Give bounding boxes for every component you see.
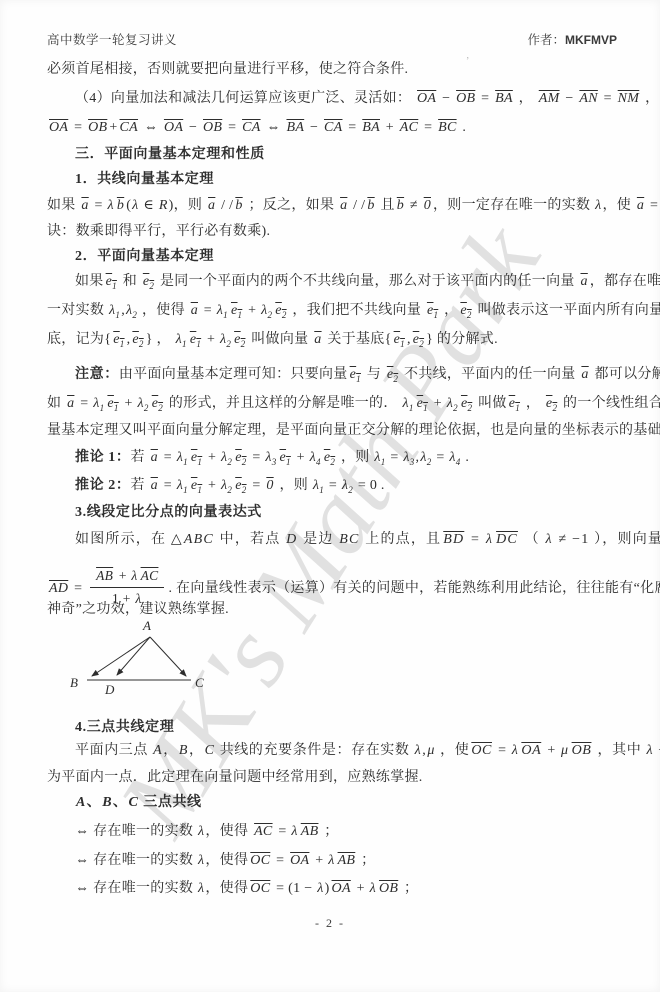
- vector-symbol: e2: [233, 332, 246, 347]
- vector-symbol: AB: [95, 568, 114, 583]
- math-variable: λ: [107, 198, 115, 213]
- vector-symbol: BA: [361, 120, 381, 135]
- math-variable: λ2: [220, 450, 233, 465]
- math-variable: λ2: [125, 303, 138, 318]
- math-variable: λ2: [260, 303, 273, 318]
- math-variable: λ: [197, 853, 205, 868]
- vector-symbol: 0: [265, 478, 274, 493]
- bold-text: 注意：: [75, 367, 119, 382]
- diagram-label-d: D: [104, 682, 115, 697]
- vector-symbol: AC: [140, 568, 160, 583]
- math-variable: λ: [327, 853, 335, 868]
- vector-symbol: e1: [349, 367, 362, 382]
- math-variable: λ1: [108, 303, 121, 318]
- vector-symbol: NM: [617, 91, 641, 106]
- author-name: MKFMVP: [565, 33, 617, 47]
- heading-line: 4.三点共线定理: [75, 718, 174, 738]
- math-variable: λ1: [175, 332, 188, 347]
- text-line: 一对实数 λ1,λ2 ，使得 a = λ1e1 + λ2e2 ，我们把不共线向量…: [47, 301, 660, 321]
- vector-symbol: AB: [337, 853, 357, 868]
- vector-symbol: CA: [323, 120, 344, 135]
- vector-symbol: e2: [234, 450, 247, 465]
- vector-symbol: a: [207, 198, 216, 213]
- vector-symbol: e2: [459, 303, 472, 318]
- vector-symbol: e2: [234, 478, 247, 493]
- vector-symbol: OB: [87, 120, 108, 135]
- vector-symbol: OC: [249, 853, 271, 868]
- text-line: 诀：数乘即得平行，平行必有数乘).: [47, 222, 270, 242]
- math-variable: λ: [545, 532, 554, 547]
- vector-symbol: e1: [416, 396, 429, 411]
- author-label: 作者：: [527, 33, 565, 47]
- vector-symbol: BC: [437, 120, 458, 135]
- vector-symbol: e1: [112, 332, 125, 347]
- text-line: 平面内三点 A，B，C 共线的充要条件是：存在实数 λ,μ ，使OC = λOA…: [75, 741, 660, 761]
- vector-symbol: OA: [416, 91, 437, 106]
- header-author: 作者：MKFMVP: [527, 30, 617, 48]
- math-variable: λ1: [373, 450, 386, 465]
- vector-symbol: e2: [545, 396, 558, 411]
- vector-symbol: OA: [48, 120, 69, 135]
- math-variable: λ1: [312, 478, 325, 493]
- math-variable: λ3: [264, 450, 277, 465]
- vector-symbol: b: [116, 198, 125, 213]
- text-line: 如图所示，在 △ABC 中，若点 D 是边 BC 上的点，且BD = λDC （…: [75, 530, 660, 550]
- vector-symbol: OC: [249, 881, 271, 896]
- vector-symbol: e2: [274, 303, 287, 318]
- vector-symbol: a: [150, 478, 159, 493]
- math-variable: λ2: [220, 478, 233, 493]
- math-variable: λ3: [402, 450, 415, 465]
- vector-symbol: CA: [241, 120, 262, 135]
- text-line: OA = OB+CA ⇔ OA − OB = CA ⇔ BA − CA = BA…: [47, 118, 466, 138]
- header-title: 高中数学一轮复习讲义: [47, 30, 177, 48]
- math-variable: λ1: [176, 450, 189, 465]
- vector-symbol: OB: [202, 120, 223, 135]
- bold-text: 推论 1：: [75, 450, 131, 465]
- math-variable: λ4: [309, 450, 322, 465]
- math-variable: μ: [560, 743, 570, 758]
- bold-italic-variable: C: [128, 795, 140, 810]
- text-line: ⇔ 存在唯一的实数 λ，使得OC = OA + λAB ；: [75, 851, 375, 871]
- vector-symbol: a: [580, 367, 589, 382]
- bold-text: 、: [113, 795, 128, 810]
- math-variable: λ: [197, 824, 205, 839]
- document-page: MK's Math Park 高中数学一轮复习讲义 作者：MKFMVP ’ 必须…: [0, 0, 660, 992]
- vector-symbol: e2: [412, 332, 425, 347]
- vector-symbol: OA: [289, 853, 310, 868]
- diagram-line-ac: [150, 637, 186, 676]
- vector-symbol: e1: [106, 396, 119, 411]
- vector-symbol: e1: [190, 450, 203, 465]
- triangle-diagram: A B D C: [50, 610, 225, 705]
- vector-symbol: AM: [538, 91, 561, 106]
- math-variable: λ: [130, 568, 138, 583]
- vector-symbol: b: [366, 198, 375, 213]
- vector-symbol: OC: [470, 743, 493, 758]
- vector-symbol: a: [190, 303, 199, 318]
- vector-symbol: e1: [190, 478, 203, 493]
- vector-symbol: BD: [442, 532, 465, 547]
- math-variable: λ2: [341, 478, 354, 493]
- math-variable: λ: [414, 743, 423, 758]
- text-line: 必须首尾相接，否则就要把向量进行平移，使之符合条件.: [47, 60, 408, 80]
- vector-symbol: e2: [460, 396, 473, 411]
- vector-symbol: AB: [300, 824, 320, 839]
- text-line: 推论 2：若 a = λ1e1 + λ2e2 = 0 ，则 λ1 = λ2 = …: [75, 476, 385, 496]
- vector-symbol: BA: [285, 120, 305, 135]
- math-variable: λ: [369, 881, 377, 896]
- bold-text: 三点共线: [139, 795, 202, 810]
- vector-symbol: AC: [399, 120, 420, 135]
- vector-symbol: e2: [131, 332, 144, 347]
- heading-line: 1．共线向量基本定理: [75, 170, 214, 190]
- vector-symbol: e1: [230, 303, 243, 318]
- vector-symbol: OB: [455, 91, 476, 106]
- math-variable: λ: [485, 532, 494, 547]
- math-variable: C: [204, 743, 216, 758]
- text-line: 如果e1 和 e2 是同一个平面内的两个不共线向量，那么对于该平面内的任一向量 …: [75, 272, 660, 292]
- page-header: 高中数学一轮复习讲义 作者：MKFMVP: [47, 30, 617, 48]
- vector-symbol: a: [579, 274, 588, 289]
- vector-symbol: e2: [386, 367, 399, 382]
- math-variable: λ: [316, 881, 324, 896]
- vector-symbol: e2: [142, 274, 155, 289]
- math-variable: μ: [426, 743, 436, 758]
- vector-symbol: 0: [423, 198, 432, 213]
- heading-line: 2．平面向量基本定理: [75, 247, 214, 267]
- math-variable: ABC: [183, 532, 215, 547]
- math-variable: λ: [645, 743, 654, 758]
- text-line: （4）向量加法和减法几何运算应该更广泛、灵活如： OA − OB = BA ， …: [75, 89, 659, 109]
- stray-mark: ’: [466, 56, 469, 67]
- vector-symbol: AN: [578, 91, 599, 106]
- math-variable: R: [158, 198, 169, 213]
- vector-symbol: b: [234, 198, 243, 213]
- vector-symbol: AD: [48, 581, 69, 596]
- page-number: - 2 -: [0, 916, 660, 931]
- diagram-label-a: A: [142, 618, 151, 633]
- vector-symbol: e2: [323, 450, 336, 465]
- vector-symbol: BA: [494, 91, 514, 106]
- math-variable: λ: [511, 743, 520, 758]
- text-line: 底，记为{e1,e2} ， λ1e1 + λ2e2 叫做向量 a 关于基底{e1…: [47, 330, 498, 350]
- vector-symbol: a: [66, 396, 75, 411]
- vector-symbol: e1: [279, 450, 292, 465]
- vector-symbol: e1: [105, 274, 118, 289]
- vector-symbol: e1: [189, 332, 202, 347]
- math-variable: D: [285, 532, 298, 547]
- heading-line: 3.线段定比分点的向量表达式: [75, 503, 262, 523]
- vector-symbol: a: [150, 450, 159, 465]
- math-variable: λ1: [216, 303, 229, 318]
- text-line: ⇔ 存在唯一的实数 λ，使得 AC = λAB ；: [75, 822, 339, 842]
- vector-symbol: DC: [495, 532, 519, 547]
- bold-text: 、: [87, 795, 102, 810]
- vector-symbol: e2: [151, 396, 164, 411]
- bold-text: 推论 2：: [75, 478, 131, 493]
- math-variable: λ2: [137, 396, 150, 411]
- text-line: A、B、C 三点共线: [75, 793, 202, 813]
- vector-symbol: AC: [253, 824, 274, 839]
- math-variable: λ2: [219, 332, 232, 347]
- vector-symbol: e1: [426, 303, 439, 318]
- text-line: 推论 1：若 a = λ1e1 + λ2e2 = λ3e1 + λ4e2 ，则 …: [75, 448, 469, 468]
- vector-symbol: OA: [163, 120, 184, 135]
- math-variable: λ2: [446, 396, 459, 411]
- text-line: 注意：由平面向量基本定理可知：只要向量e1 与 e2 不共线，平面内的任一向量 …: [75, 365, 660, 385]
- bold-italic-variable: A: [75, 795, 87, 810]
- diagram-label-c: C: [195, 675, 204, 690]
- vector-symbol: CA: [119, 120, 140, 135]
- bold-italic-variable: B: [101, 795, 113, 810]
- vector-symbol: OA: [331, 881, 352, 896]
- math-variable: λ4: [448, 450, 461, 465]
- math-variable: BC: [338, 532, 360, 547]
- vector-symbol: OB: [378, 881, 399, 896]
- math-variable: A: [152, 743, 163, 758]
- math-variable: λ: [290, 824, 298, 839]
- vector-symbol: a: [80, 198, 89, 213]
- text-line: 如 a = λ1e1 + λ2e2 的形式，并且这样的分解是唯一的． λ1e1 …: [47, 394, 660, 414]
- vector-symbol: b: [396, 198, 405, 213]
- math-variable: B: [178, 743, 189, 758]
- math-variable: λ1: [176, 478, 189, 493]
- math-variable: λ: [594, 198, 602, 213]
- math-variable: λ1: [401, 396, 414, 411]
- math-variable: λ2: [419, 450, 432, 465]
- vector-symbol: a: [339, 198, 348, 213]
- vector-symbol: a: [636, 198, 645, 213]
- text-line: 如果 a = λb(λ ∈ R)，则 a / /b ；反之，如果 a / /b …: [47, 196, 660, 216]
- diagram-label-b: B: [70, 675, 78, 690]
- text-line: 量基本定理又叫平面向量分解定理，是平面向量正交分解的理论依据，也是向量的坐标表示…: [47, 421, 660, 441]
- text-line: 为平面内一点．此定理在向量问题中经常用到，应熟练掌握.: [47, 768, 423, 788]
- vector-symbol: e1: [508, 396, 521, 411]
- heading-line: 三．平面向量基本定理和性质: [75, 145, 265, 165]
- math-variable: λ1: [92, 396, 105, 411]
- vector-symbol: OB: [571, 743, 593, 758]
- math-variable: λ: [131, 198, 139, 213]
- vector-symbol: e1: [393, 332, 406, 347]
- math-variable: λ: [197, 881, 205, 896]
- text-line: ⇔ 存在唯一的实数 λ，使得OC = (1 − λ)OA + λOB ；: [75, 879, 418, 899]
- vector-symbol: a: [313, 332, 322, 347]
- vector-symbol: OA: [520, 743, 542, 758]
